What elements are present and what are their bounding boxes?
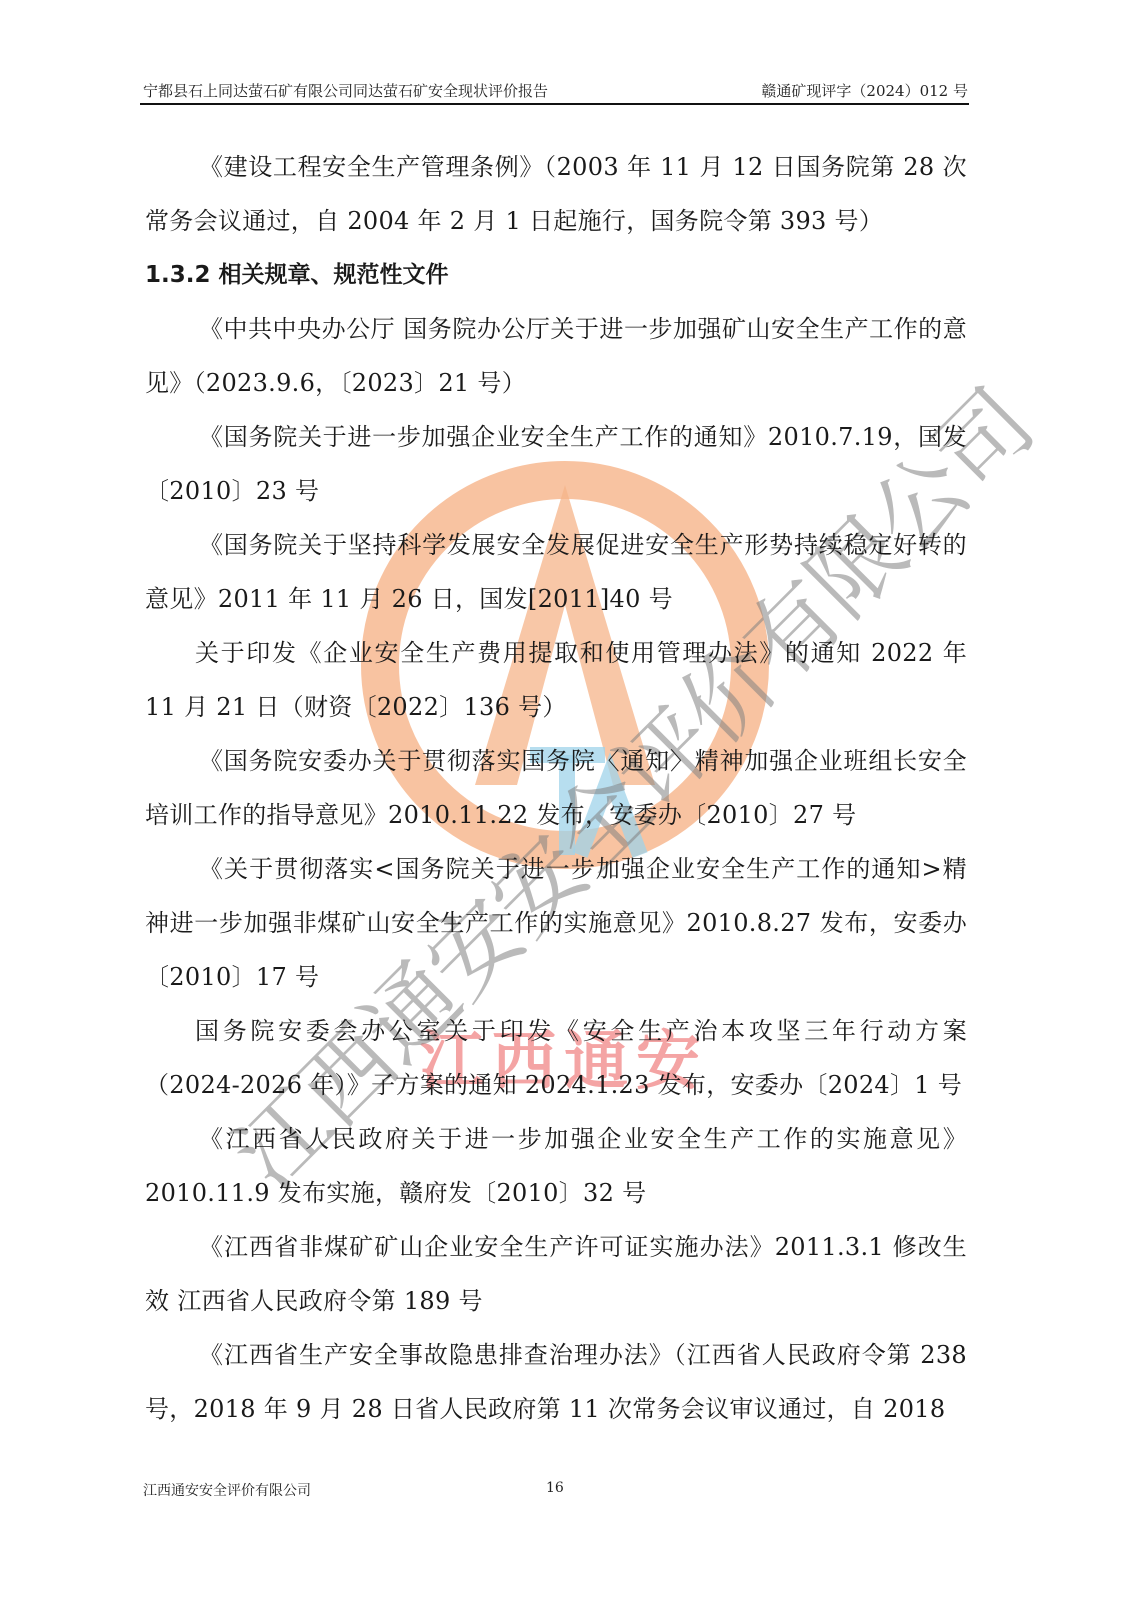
section-heading: 1.3.2 相关规章、规范性文件: [145, 248, 967, 302]
regulation-item: 《关于贯彻落实<国务院关于进一步加强企业安全生产工作的通知>精神进一步加强非煤矿…: [145, 842, 967, 1004]
regulation-item: 《国务院安委办关于贯彻落实国务院〈通知〉精神加强企业班组长安全培训工作的指导意见…: [145, 734, 967, 842]
regulation-item: 国务院安委会办公室关于印发《安全生产治本攻坚三年行动方案（2024-2026 年…: [145, 1004, 967, 1112]
regulation-item: 关于印发《企业安全生产费用提取和使用管理办法》的通知 2022 年 11 月 2…: [145, 626, 967, 734]
regulation-item: 《江西省非煤矿矿山企业安全生产许可证实施办法》2011.3.1 修改生效 江西省…: [145, 1220, 967, 1328]
regulation-item: 《中共中央办公厅 国务院办公厅关于进一步加强矿山安全生产工作的意见》（2023.…: [145, 302, 967, 410]
report-title: 宁都县石上同达萤石矿有限公司同达萤石矿安全现状评价报告: [143, 80, 548, 101]
regulation-item: 《江西省人民政府关于进一步加强企业安全生产工作的实施意见》2010.11.9 发…: [145, 1112, 967, 1220]
page-number: 16: [546, 1480, 564, 1496]
paragraph: 《建设工程安全生产管理条例》（2003 年 11 月 12 日国务院第 28 次…: [145, 140, 967, 248]
footer-company: 江西通安安全评价有限公司: [143, 1480, 311, 1500]
document-body: 《建设工程安全生产管理条例》（2003 年 11 月 12 日国务院第 28 次…: [145, 140, 967, 1436]
header-divider: [140, 103, 969, 105]
page-header: 宁都县石上同达萤石矿有限公司同达萤石矿安全现状评价报告 赣通矿现评字（2024）…: [143, 76, 968, 102]
report-code: 赣通矿现评字（2024）012 号: [761, 80, 968, 101]
document-page: 江西通安 江西通安安全评价有限公司 宁都县石上同达萤石矿有限公司同达萤石矿安全现…: [0, 0, 1131, 1600]
regulation-item: 《江西省生产安全事故隐患排查治理办法》（江西省人民政府令第 238 号，2018…: [145, 1328, 967, 1436]
regulation-item: 《国务院关于坚持科学发展安全发展促进安全生产形势持续稳定好转的意见》2011 年…: [145, 518, 967, 626]
regulation-item: 《国务院关于进一步加强企业安全生产工作的通知》2010.7.19，国发〔2010…: [145, 410, 967, 518]
